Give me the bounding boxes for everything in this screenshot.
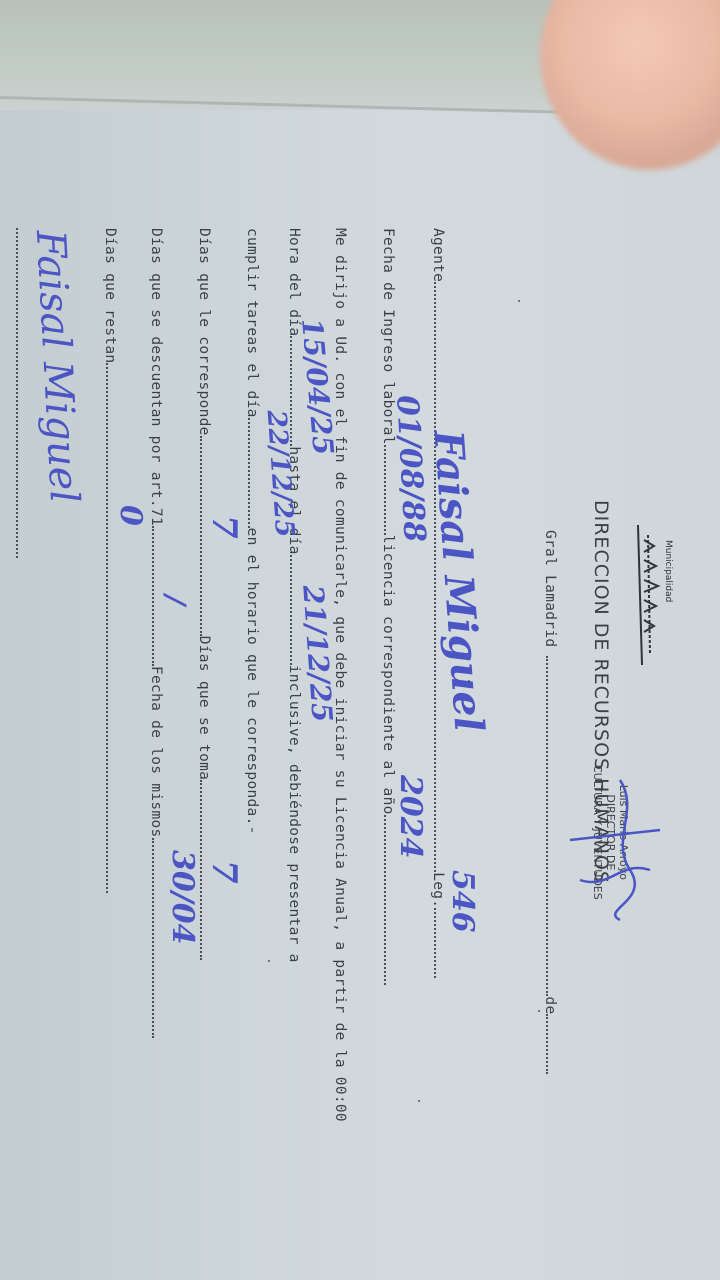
dias-toma-value[interactable]: 7 bbox=[204, 860, 244, 884]
horario-text: en el horario que le corresponda.- bbox=[244, 528, 260, 835]
municipality-logo-icon: Municipalidad bbox=[630, 520, 688, 670]
agent-signature: Faisal Miguel bbox=[27, 229, 87, 504]
fecha-mismos-value[interactable]: 30/04 bbox=[165, 850, 200, 944]
dias-descuentan-label: Días que se descuentan por art.71 bbox=[148, 228, 164, 526]
cumplir-label: cumplir tareas el día bbox=[244, 228, 260, 418]
legajo-label: Leg. bbox=[430, 872, 446, 908]
return-row: cumplir tareas el díaen el horario que l… bbox=[244, 228, 262, 835]
leave-form-document: Municipalidad DIRECCION DE RECURSOS HUMA… bbox=[0, 0, 720, 1280]
legajo-value[interactable]: 546 bbox=[445, 870, 480, 933]
svg-text:Municipalidad: Municipalidad bbox=[663, 540, 673, 602]
agente-label: Agente bbox=[430, 228, 446, 282]
licencia-label: licencia correspondiente al año bbox=[380, 535, 396, 815]
licencia-year-value[interactable]: 2024 bbox=[393, 775, 428, 859]
location-de: de bbox=[542, 996, 558, 1014]
dias-corresponde-label: Días que le corresponde bbox=[196, 228, 212, 436]
fecha-ingreso-value[interactable]: 01/08/88 bbox=[389, 394, 432, 543]
inclusive-text: inclusive, debiéndose presentar a bbox=[286, 665, 302, 963]
fecha-mismos-label: Fecha de los mismos bbox=[148, 666, 164, 838]
director-signature-icon bbox=[550, 770, 680, 930]
location-prefix: Gral Lamadrid bbox=[542, 530, 558, 647]
dias-toma-label: Días que se toma bbox=[196, 636, 212, 780]
descuentos-row: Días que se descuentan por art.71Fecha d… bbox=[148, 228, 166, 1038]
signature-line bbox=[12, 228, 30, 558]
restan-row: Días que restan bbox=[102, 228, 120, 893]
dias-descuentan-value[interactable]: / bbox=[159, 595, 192, 605]
dias-corresponde-value[interactable]: 7 bbox=[204, 515, 244, 539]
dias-restan-value[interactable]: 0 bbox=[113, 505, 148, 526]
dias-restan-label: Días que restan bbox=[102, 228, 118, 363]
fecha-ingreso-row: Fecha de Ingreso laborallicencia corresp… bbox=[380, 228, 398, 985]
